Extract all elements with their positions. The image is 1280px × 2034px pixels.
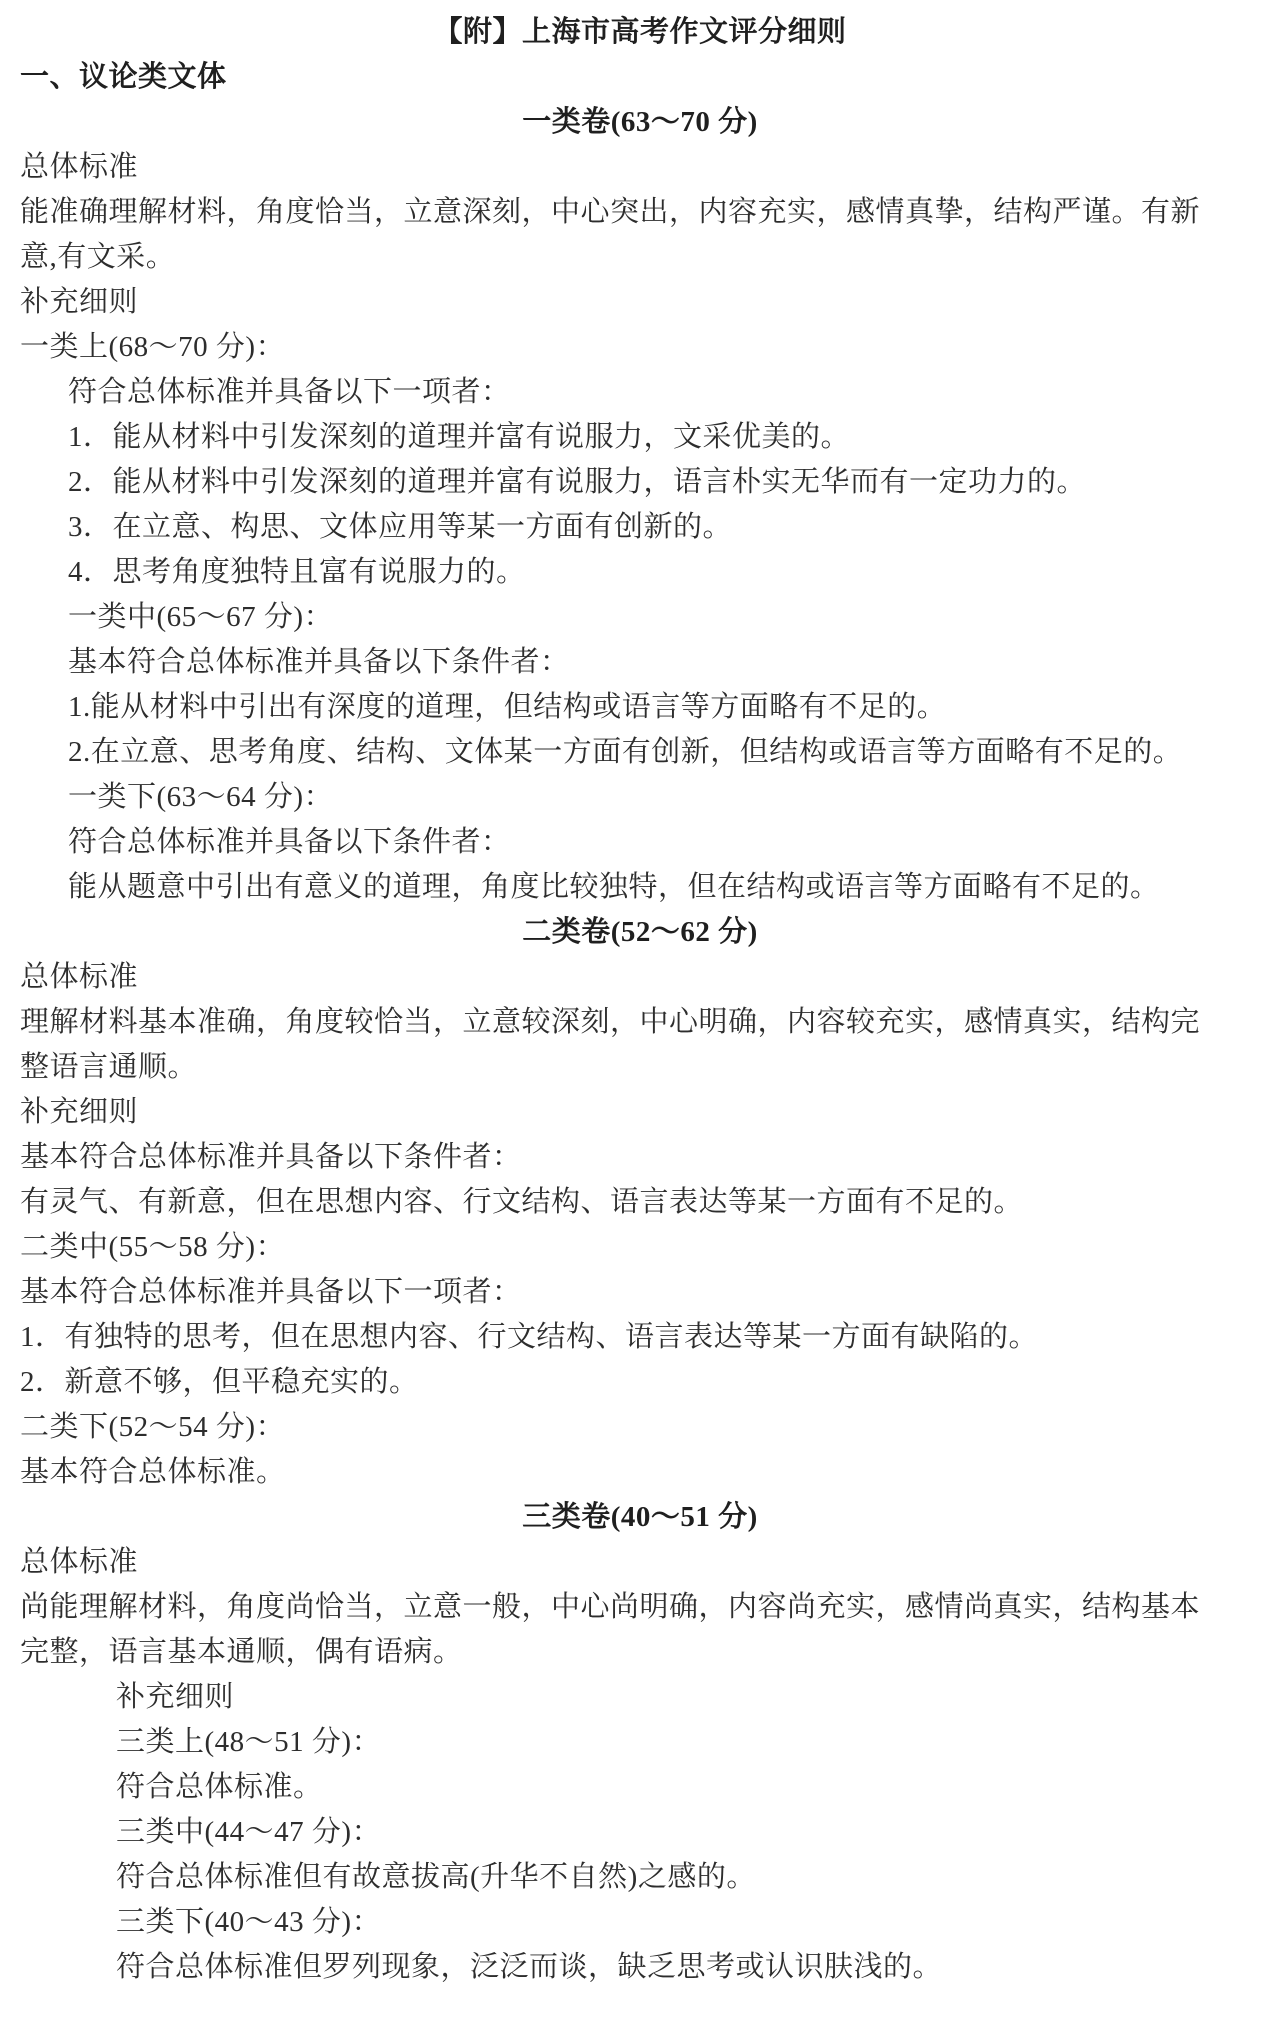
text-line: 有灵气、有新意，但在思想内容、行文结构、语言表达等某一方面有不足的。	[20, 1180, 1260, 1225]
text-line: 三类下(40～43 分)：	[20, 1900, 1260, 1945]
text-line: 符合总体标准。	[20, 1765, 1260, 1810]
text-line: 基本符合总体标准并具备以下条件者：	[20, 640, 1260, 685]
text-line: 2.在立意、思考角度、结构、文体某一方面有创新，但结构或语言等方面略有不足的。	[20, 730, 1260, 775]
text-line: 3．在立意、构思、文体应用等某一方面有创新的。	[20, 505, 1260, 550]
text-line: 总体标准	[20, 955, 1260, 1000]
text-line: 4．思考角度独特且富有说服力的。	[20, 550, 1260, 595]
text-line: 基本符合总体标准并具备以下一项者：	[20, 1270, 1260, 1315]
text-line: 整语言通顺。	[20, 1045, 1260, 1090]
text-line: 能准确理解材料，角度恰当，立意深刻，中心突出，内容充实，感情真挚，结构严谨。有新	[20, 190, 1260, 235]
text-line: 补充细则	[20, 1090, 1260, 1135]
text-line: 意,有文采。	[20, 235, 1260, 280]
text-line: 2．能从材料中引发深刻的道理并富有说服力，语言朴实无华而有一定功力的。	[20, 460, 1260, 505]
document-page: 【附】上海市高考作文评分细则 一、议论类文体一类卷(63～70 分)总体标准能准…	[0, 0, 1280, 2034]
text-line: 符合总体标准并具备以下一项者：	[20, 370, 1260, 415]
text-line: 三类上(48～51 分)：	[20, 1720, 1260, 1765]
text-line: 完整，语言基本通顺，偶有语病。	[20, 1630, 1260, 1675]
text-line: 1．有独特的思考，但在思想内容、行文结构、语言表达等某一方面有缺陷的。	[20, 1315, 1260, 1360]
text-line: 一类下(63～64 分)：	[20, 775, 1260, 820]
text-line: 总体标准	[20, 145, 1260, 190]
grade-heading: 二类卷(52～62 分)	[20, 910, 1260, 955]
text-line: 一类中(65～67 分)：	[20, 595, 1260, 640]
text-line: 补充细则	[20, 280, 1260, 325]
grade-heading: 三类卷(40～51 分)	[20, 1495, 1260, 1540]
text-line: 一类上(68～70 分)：	[20, 325, 1260, 370]
text-line: 1．能从材料中引发深刻的道理并富有说服力，文采优美的。	[20, 415, 1260, 460]
text-line: 1.能从材料中引出有深度的道理，但结构或语言等方面略有不足的。	[20, 685, 1260, 730]
document-body: 一、议论类文体一类卷(63～70 分)总体标准能准确理解材料，角度恰当，立意深刻…	[20, 55, 1260, 1990]
text-line: 二类中(55～58 分)：	[20, 1225, 1260, 1270]
text-line: 符合总体标准并具备以下条件者：	[20, 820, 1260, 865]
text-line: 三类中(44～47 分)：	[20, 1810, 1260, 1855]
text-line: 符合总体标准但罗列现象，泛泛而谈，缺乏思考或认识肤浅的。	[20, 1945, 1260, 1990]
text-line: 总体标准	[20, 1540, 1260, 1585]
text-line: 补充细则	[20, 1675, 1260, 1720]
section-heading: 一、议论类文体	[20, 55, 1260, 100]
text-line: 能从题意中引出有意义的道理，角度比较独特，但在结构或语言等方面略有不足的。	[20, 865, 1260, 910]
text-line: 基本符合总体标准并具备以下条件者：	[20, 1135, 1260, 1180]
doc-title: 【附】上海市高考作文评分细则	[20, 10, 1260, 55]
text-line: 尚能理解材料，角度尚恰当，立意一般，中心尚明确，内容尚充实，感情尚真实，结构基本	[20, 1585, 1260, 1630]
text-line: 理解材料基本准确，角度较恰当，立意较深刻，中心明确，内容较充实，感情真实，结构完	[20, 1000, 1260, 1045]
text-line: 二类下(52～54 分)：	[20, 1405, 1260, 1450]
text-line: 2．新意不够，但平稳充实的。	[20, 1360, 1260, 1405]
text-line: 基本符合总体标准。	[20, 1450, 1260, 1495]
text-line: 符合总体标准但有故意拔高(升华不自然)之感的。	[20, 1855, 1260, 1900]
grade-heading: 一类卷(63～70 分)	[20, 100, 1260, 145]
